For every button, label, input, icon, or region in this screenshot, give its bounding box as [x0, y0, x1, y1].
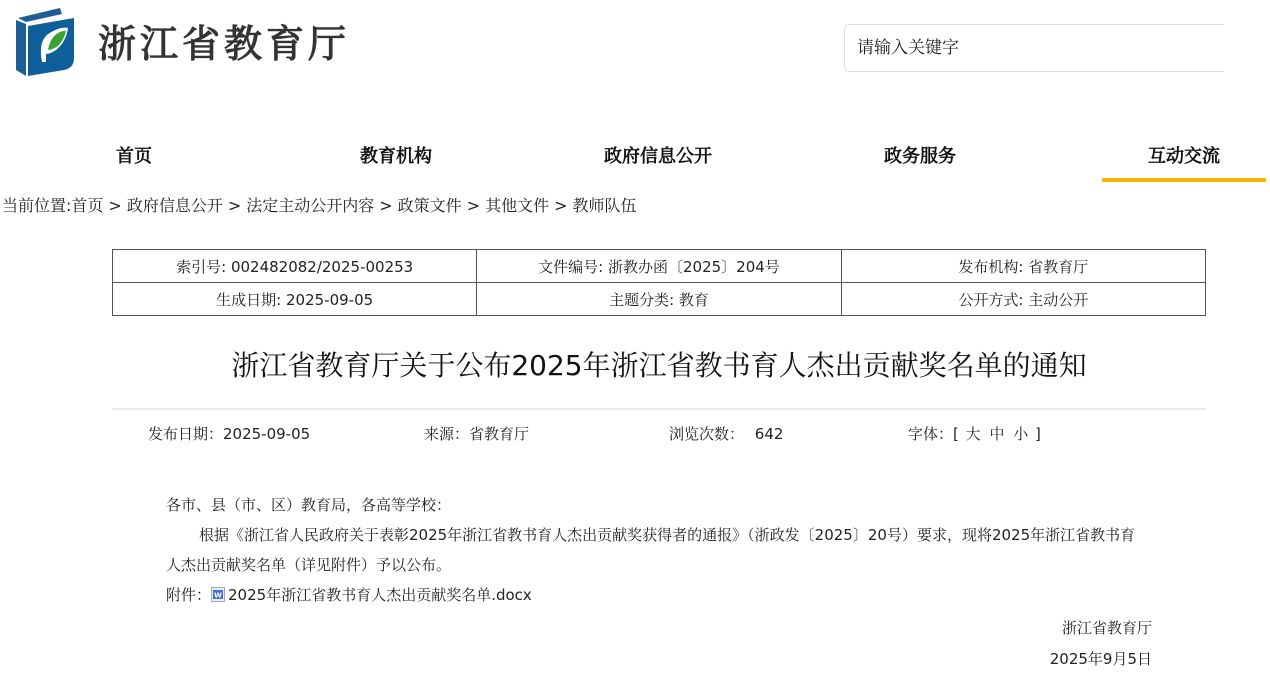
publish-date: 发布日期：2025-09-05	[148, 423, 310, 445]
meta-created-date: 生成日期: 2025-09-05	[113, 283, 477, 316]
meta-row: 索引号: 002482082/2025-00253 文件编号: 浙教办函〔202…	[113, 250, 1206, 283]
breadcrumb-separator: >	[108, 196, 121, 215]
breadcrumb-separator: >	[554, 196, 567, 215]
site-logo[interactable]: 浙江省教育厅	[14, 6, 354, 78]
breadcrumb-gov-info[interactable]: 政府信息公开	[127, 196, 223, 215]
font-size-control: 字体：[ 大 中 小 ]	[908, 423, 1041, 445]
attachment-label: 附件：	[166, 586, 211, 604]
signature-date: 2025年9月5日	[1050, 648, 1152, 669]
breadcrumb-separator: >	[228, 196, 241, 215]
nav-item-gov-info[interactable]: 政府信息公开	[588, 136, 728, 182]
site-title: 浙江省教育厅	[98, 22, 350, 66]
meta-document-number: 文件编号: 浙教办函〔2025〕204号	[477, 250, 841, 283]
meta-issuing-agency: 发布机构: 省教育厅	[841, 250, 1205, 283]
font-size-medium[interactable]: 中	[989, 425, 1004, 443]
search-box[interactable]	[844, 24, 1224, 72]
body-paragraph: 根据《浙江省人民政府关于表彰2025年浙江省教书育人杰出贡献奖获得者的通报》（浙…	[166, 520, 1146, 580]
breadcrumb-home[interactable]: 首页	[71, 196, 103, 215]
title-divider	[112, 408, 1206, 410]
article-title: 浙江省教育厅关于公布2025年浙江省教书育人杰出贡献奖名单的通知	[112, 346, 1206, 386]
signature-org: 浙江省教育厅	[1062, 617, 1152, 638]
logo-book-leaf-icon	[14, 6, 78, 78]
breadcrumb-teachers[interactable]: 教师队伍	[573, 196, 637, 215]
breadcrumb: 当前位置:首页>政府信息公开>法定主动公开内容>政策文件>其他文件>教师队伍	[2, 194, 637, 218]
meta-index-number: 索引号: 002482082/2025-00253	[113, 250, 477, 283]
breadcrumb-prefix: 当前位置:	[2, 196, 71, 215]
view-count: 浏览次数： 642	[669, 423, 783, 445]
view-count-label: 浏览次数：	[669, 425, 744, 443]
font-size-small[interactable]: 小	[1013, 425, 1028, 443]
meta-topic: 主题分类: 教育	[477, 283, 841, 316]
font-size-label: 字体：[	[908, 425, 959, 443]
breadcrumb-other-docs[interactable]: 其他文件	[485, 196, 549, 215]
salutation: 各市、县（市、区）教育局，各高等学校：	[166, 490, 1146, 520]
nav-item-interaction[interactable]: 互动交流	[1102, 136, 1266, 182]
nav-item-home[interactable]: 首页	[74, 136, 194, 182]
font-size-close: ]	[1035, 425, 1041, 443]
nav-item-institutions[interactable]: 教育机构	[336, 136, 456, 182]
meta-row: 生成日期: 2025-09-05 主题分类: 教育 公开方式: 主动公开	[113, 283, 1206, 316]
main-nav: 首页 教育机构 政府信息公开 政务服务 互动交流	[0, 136, 1270, 184]
word-doc-icon: W	[211, 587, 225, 602]
breadcrumb-policy[interactable]: 政策文件	[398, 196, 462, 215]
article-source: 来源：省教育厅	[424, 423, 529, 445]
font-size-large[interactable]: 大	[966, 425, 981, 443]
view-count-value: 642	[755, 425, 784, 443]
attachment-link[interactable]: 2025年浙江省教书育人杰出贡献奖名单.docx	[228, 586, 532, 604]
svg-text:W: W	[214, 592, 222, 600]
article-body: 各市、县（市、区）教育局，各高等学校： 根据《浙江省人民政府关于表彰2025年浙…	[166, 490, 1146, 610]
nav-item-services[interactable]: 政务服务	[860, 136, 980, 182]
attachment-line: 附件：W2025年浙江省教书育人杰出贡献奖名单.docx	[166, 580, 1146, 610]
meta-disclosure-method: 公开方式: 主动公开	[841, 283, 1205, 316]
breadcrumb-separator: >	[467, 196, 480, 215]
document-meta-table: 索引号: 002482082/2025-00253 文件编号: 浙教办函〔202…	[112, 249, 1206, 316]
breadcrumb-separator: >	[379, 196, 392, 215]
search-input[interactable]	[845, 25, 1224, 71]
breadcrumb-statutory[interactable]: 法定主动公开内容	[246, 196, 374, 215]
